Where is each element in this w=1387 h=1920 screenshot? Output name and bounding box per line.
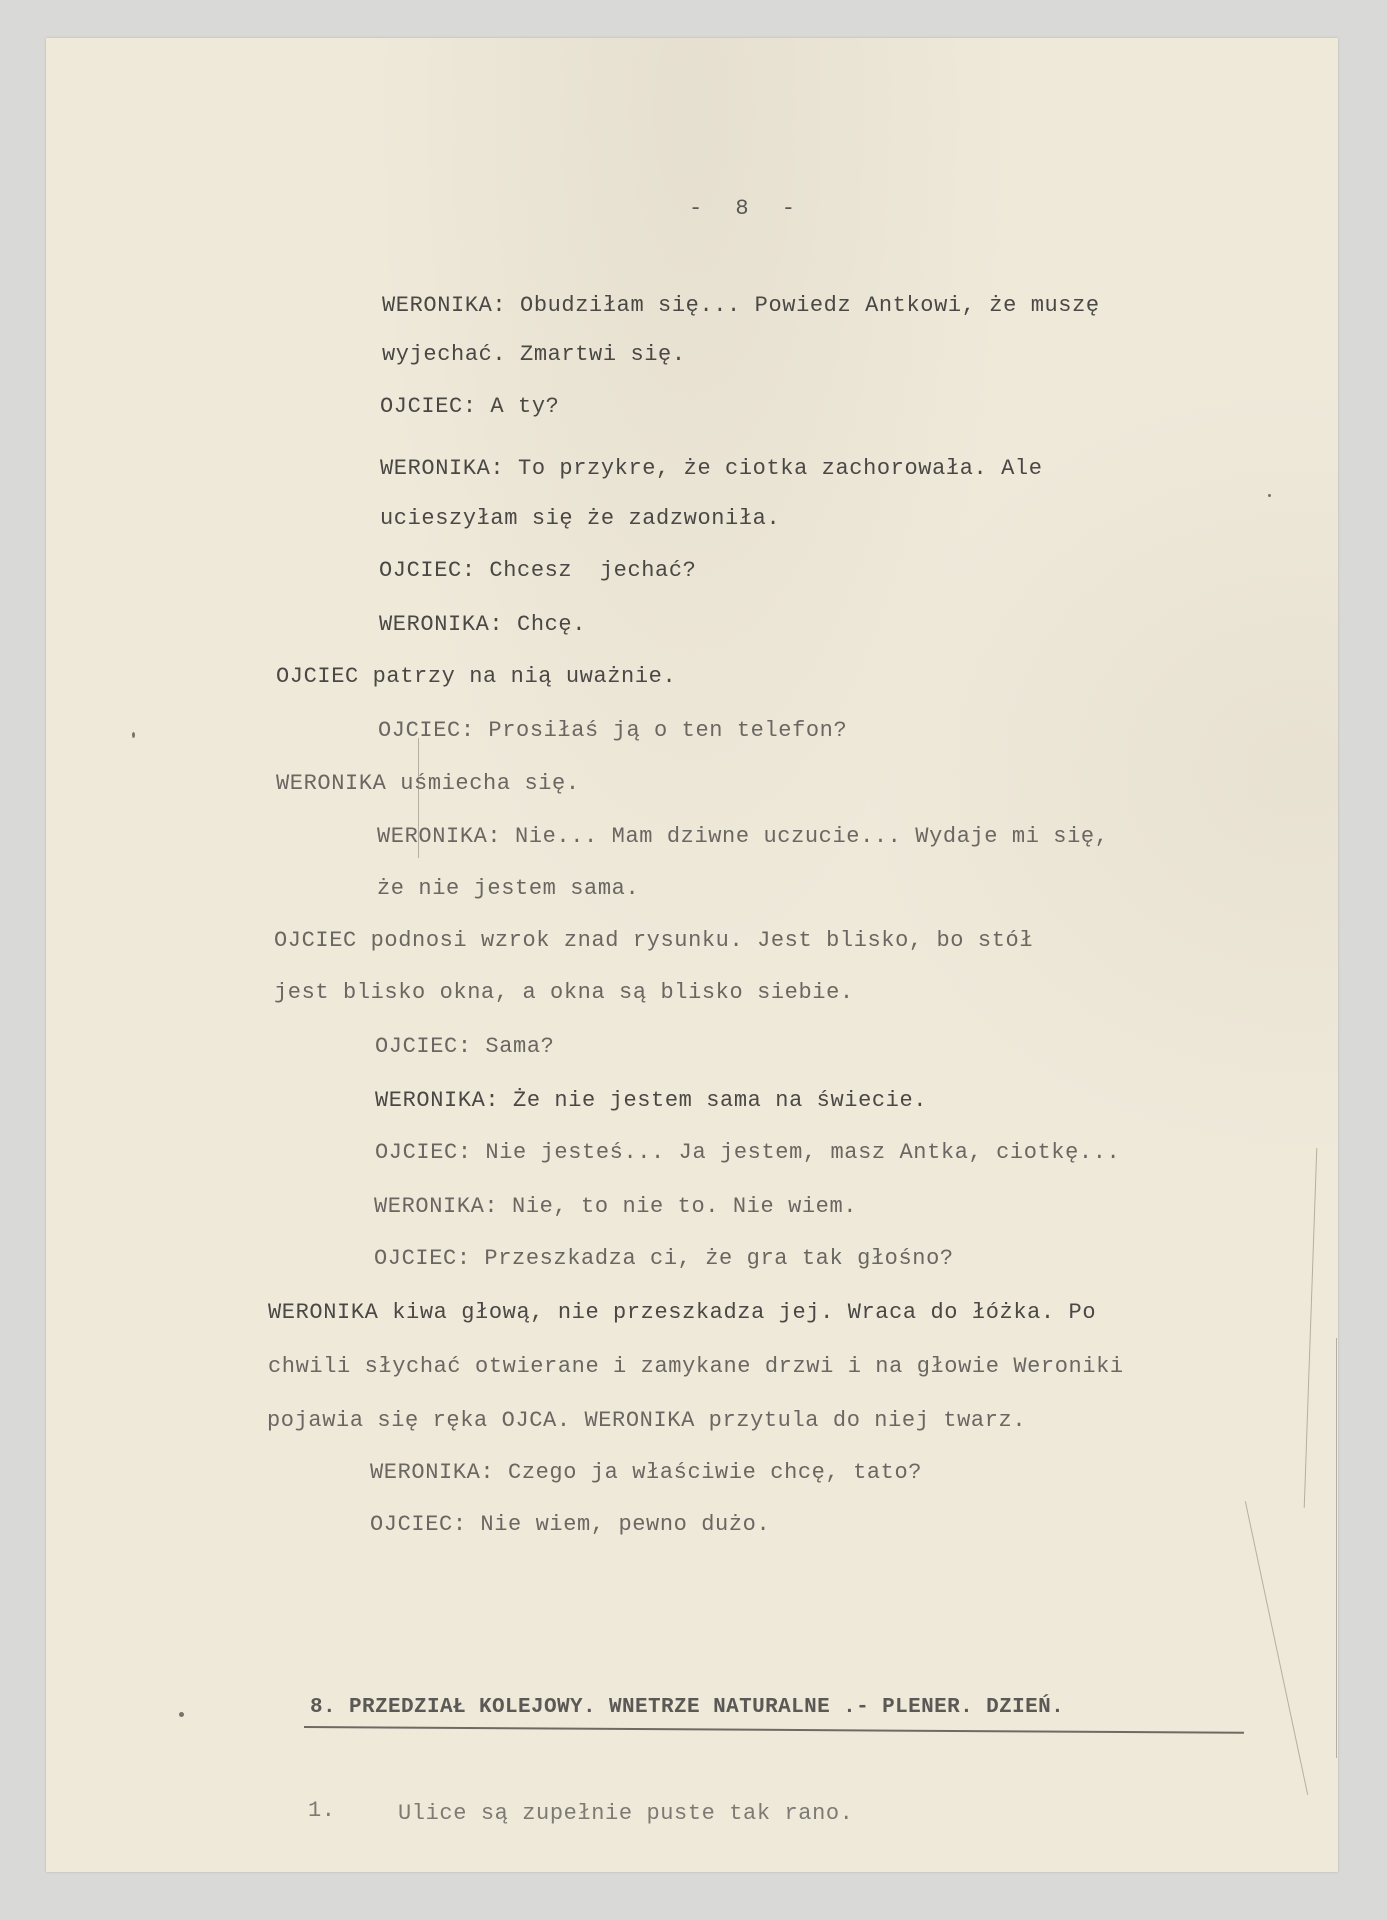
dialogue-line: OJCIEC: Sama? bbox=[375, 1034, 554, 1060]
dialogue-line: OJCIEC: Prosiłaś ją o ten telefon? bbox=[378, 718, 847, 744]
dialogue-line: OJCIEC: A ty? bbox=[380, 394, 559, 420]
dialogue-line: WERONIKA: Że nie jestem sama na świecie. bbox=[375, 1088, 927, 1114]
action-line: jest blisko okna, a okna są blisko siebi… bbox=[274, 980, 854, 1006]
margin-mark bbox=[132, 732, 135, 738]
dialogue-line: OJCIEC: Chcesz jechać? bbox=[379, 558, 696, 584]
dialogue-line: wyjechać. Zmartwi się. bbox=[382, 342, 686, 368]
typed-page: - 8 - WERONIKA: Obudziłam się... Powiedz… bbox=[46, 38, 1338, 1872]
shot-number: 1. bbox=[308, 1798, 336, 1824]
paper-scratch bbox=[1304, 1148, 1318, 1508]
action-line: chwili słychać otwierane i zamykane drzw… bbox=[268, 1354, 1124, 1380]
dialogue-line: WERONIKA: Chcę. bbox=[379, 612, 586, 638]
paper-scratch bbox=[418, 738, 419, 858]
paper-scratch bbox=[1245, 1501, 1308, 1795]
dialogue-line: WERONIKA: Nie, to nie to. Nie wiem. bbox=[374, 1194, 857, 1220]
action-line: OJCIEC podnosi wzrok znad rysunku. Jest … bbox=[274, 928, 1033, 954]
dialogue-line: OJCIEC: Nie jesteś... Ja jestem, masz An… bbox=[375, 1140, 1120, 1166]
dialogue-line: WERONIKA: Czego ja właściwie chcę, tato? bbox=[370, 1460, 922, 1486]
dialogue-line: WERONIKA: Obudziłam się... Powiedz Antko… bbox=[382, 293, 1100, 319]
dialogue-line: że nie jestem sama. bbox=[377, 876, 639, 902]
paper-scratch bbox=[1336, 1338, 1337, 1758]
margin-mark bbox=[1268, 494, 1271, 497]
scene-heading: 8. PRZEDZIAŁ KOLEJOWY. WNETRZE NATURALNE… bbox=[310, 1696, 1064, 1719]
dialogue-line: WERONIKA: To przykre, że ciotka zachorow… bbox=[380, 456, 1043, 482]
dialogue-line: WERONIKA: Nie... Mam dziwne uczucie... W… bbox=[377, 824, 1109, 850]
dialogue-line: ucieszyłam się że zadzwoniła. bbox=[380, 506, 780, 532]
action-line: pojawia się ręka OJCA. WERONIKA przytula… bbox=[267, 1408, 1026, 1434]
action-line: WERONIKA kiwa głową, nie przeszkadza jej… bbox=[268, 1300, 1096, 1326]
action-line: OJCIEC patrzy na nią uważnie. bbox=[276, 664, 676, 690]
dialogue-line: OJCIEC: Nie wiem, pewno dużo. bbox=[370, 1512, 770, 1538]
dialogue-line: OJCIEC: Przeszkadza ci, że gra tak głośn… bbox=[374, 1246, 954, 1272]
scene-heading-underline bbox=[304, 1726, 1244, 1734]
shot-text: Ulice są zupełnie puste tak rano. bbox=[398, 1801, 853, 1827]
page-number: - 8 - bbox=[689, 196, 805, 221]
action-line: WERONIKA uśmiecha się. bbox=[276, 771, 580, 797]
margin-mark bbox=[179, 1712, 184, 1717]
